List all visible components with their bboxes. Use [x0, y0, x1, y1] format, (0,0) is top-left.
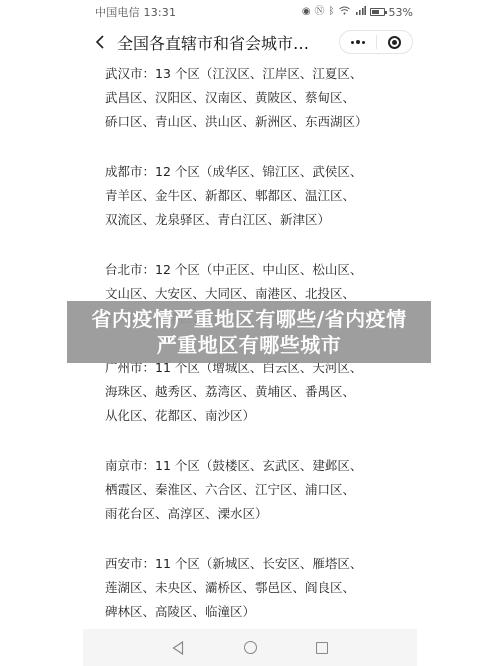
- city-paragraph-xian: 西安市：11 个区（新城区、长安区、雁塔区、 莲湖区、未央区、灞桥区、鄠邑区、阎…: [105, 552, 405, 624]
- city-paragraph-nanjing: 南京市：11 个区（鼓楼区、玄武区、建邺区、 栖霞区、秦淮区、六合区、江宁区、浦…: [105, 454, 405, 526]
- text-line: 成都市：12 个区（成华区、锦江区、武侯区、: [105, 160, 405, 184]
- nav-recents-button[interactable]: [310, 636, 334, 660]
- city-paragraph-chengdu: 成都市：12 个区（成华区、锦江区、武侯区、 青羊区、金牛区、新都区、郫都区、温…: [105, 160, 405, 232]
- bluetooth-icon: ᛒ: [329, 7, 335, 17]
- more-button[interactable]: [340, 31, 376, 53]
- city-paragraph-guangzhou: 广州市：11 个区（增城区、白云区、天河区、 海珠区、越秀区、荔湾区、黄埔区、番…: [105, 356, 405, 428]
- text-line: 雨花台区、高淳区、溧水区）: [105, 502, 405, 526]
- overlay-title-line-2: 严重地区有哪些城市: [157, 332, 342, 358]
- headline-overlay-banner: 省内疫情严重地区有哪些/省内疫情 严重地区有哪些城市: [67, 301, 431, 363]
- wifi-icon: [339, 6, 350, 18]
- text-line: 台北市：12 个区（中正区、中山区、松山区、: [105, 258, 405, 282]
- title-bar: 全国各直辖市和省会城市…: [83, 24, 417, 60]
- text-line: 从化区、花都区、南沙区）: [105, 404, 405, 428]
- more-dots-icon: [351, 40, 365, 44]
- text-line: 青羊区、金牛区、新都区、郫都区、温江区、: [105, 184, 405, 208]
- nav-home-button[interactable]: [238, 636, 262, 660]
- circle-home-icon: [244, 641, 257, 654]
- system-navigation-bar: [83, 629, 417, 666]
- battery-icon: [370, 8, 385, 16]
- city-paragraph-wuhan: 武汉市：13 个区（江汉区、江岸区、江夏区、 武昌区、汉阳区、汉南区、黄陂区、蔡…: [105, 62, 405, 134]
- nfc-icon: Ⓝ: [315, 7, 325, 17]
- text-line: 南京市：11 个区（鼓楼区、玄武区、建邺区、: [105, 454, 405, 478]
- text-line: 栖霞区、秦淮区、六合区、江宁区、浦口区、: [105, 478, 405, 502]
- text-line: 莲湖区、未央区、灞桥区、鄠邑区、阎良区、: [105, 576, 405, 600]
- target-close-icon: [388, 36, 401, 49]
- triangle-back-icon: [172, 641, 184, 655]
- status-bar: 中国电信 13:31 ◉ Ⓝ ᛒ 53%: [83, 0, 417, 24]
- eye-icon: ◉: [302, 7, 311, 17]
- text-line: 武昌区、汉阳区、汉南区、黄陂区、蔡甸区、: [105, 86, 405, 110]
- text-line: 西安市：11 个区（新城区、长安区、雁塔区、: [105, 552, 405, 576]
- mini-program-capsule: [339, 30, 413, 54]
- carrier-time: 中国电信 13:31: [95, 4, 176, 20]
- page-title: 全国各直辖市和省会城市…: [117, 31, 309, 54]
- back-button[interactable]: [87, 24, 113, 60]
- nav-back-button[interactable]: [166, 636, 190, 660]
- close-mini-program-button[interactable]: [377, 31, 413, 53]
- square-recents-icon: [316, 642, 328, 654]
- text-line: 碑林区、高陵区、临潼区）: [105, 600, 405, 624]
- chevron-left-icon: [95, 34, 105, 50]
- text-line: 海珠区、越秀区、荔湾区、黄埔区、番禺区、: [105, 380, 405, 404]
- text-line: 双流区、龙泉驿区、青白江区、新津区）: [105, 208, 405, 232]
- battery-percent: 53%: [389, 6, 413, 19]
- text-line: 硚口区、青山区、洪山区、新洲区、东西湖区）: [105, 110, 405, 134]
- signal-4g-icon: [354, 6, 366, 18]
- text-line: 武汉市：13 个区（江汉区、江岸区、江夏区、: [105, 62, 405, 86]
- status-icons: ◉ Ⓝ ᛒ 53%: [302, 6, 413, 19]
- overlay-title-line-1: 省内疫情严重地区有哪些/省内疫情: [91, 306, 406, 332]
